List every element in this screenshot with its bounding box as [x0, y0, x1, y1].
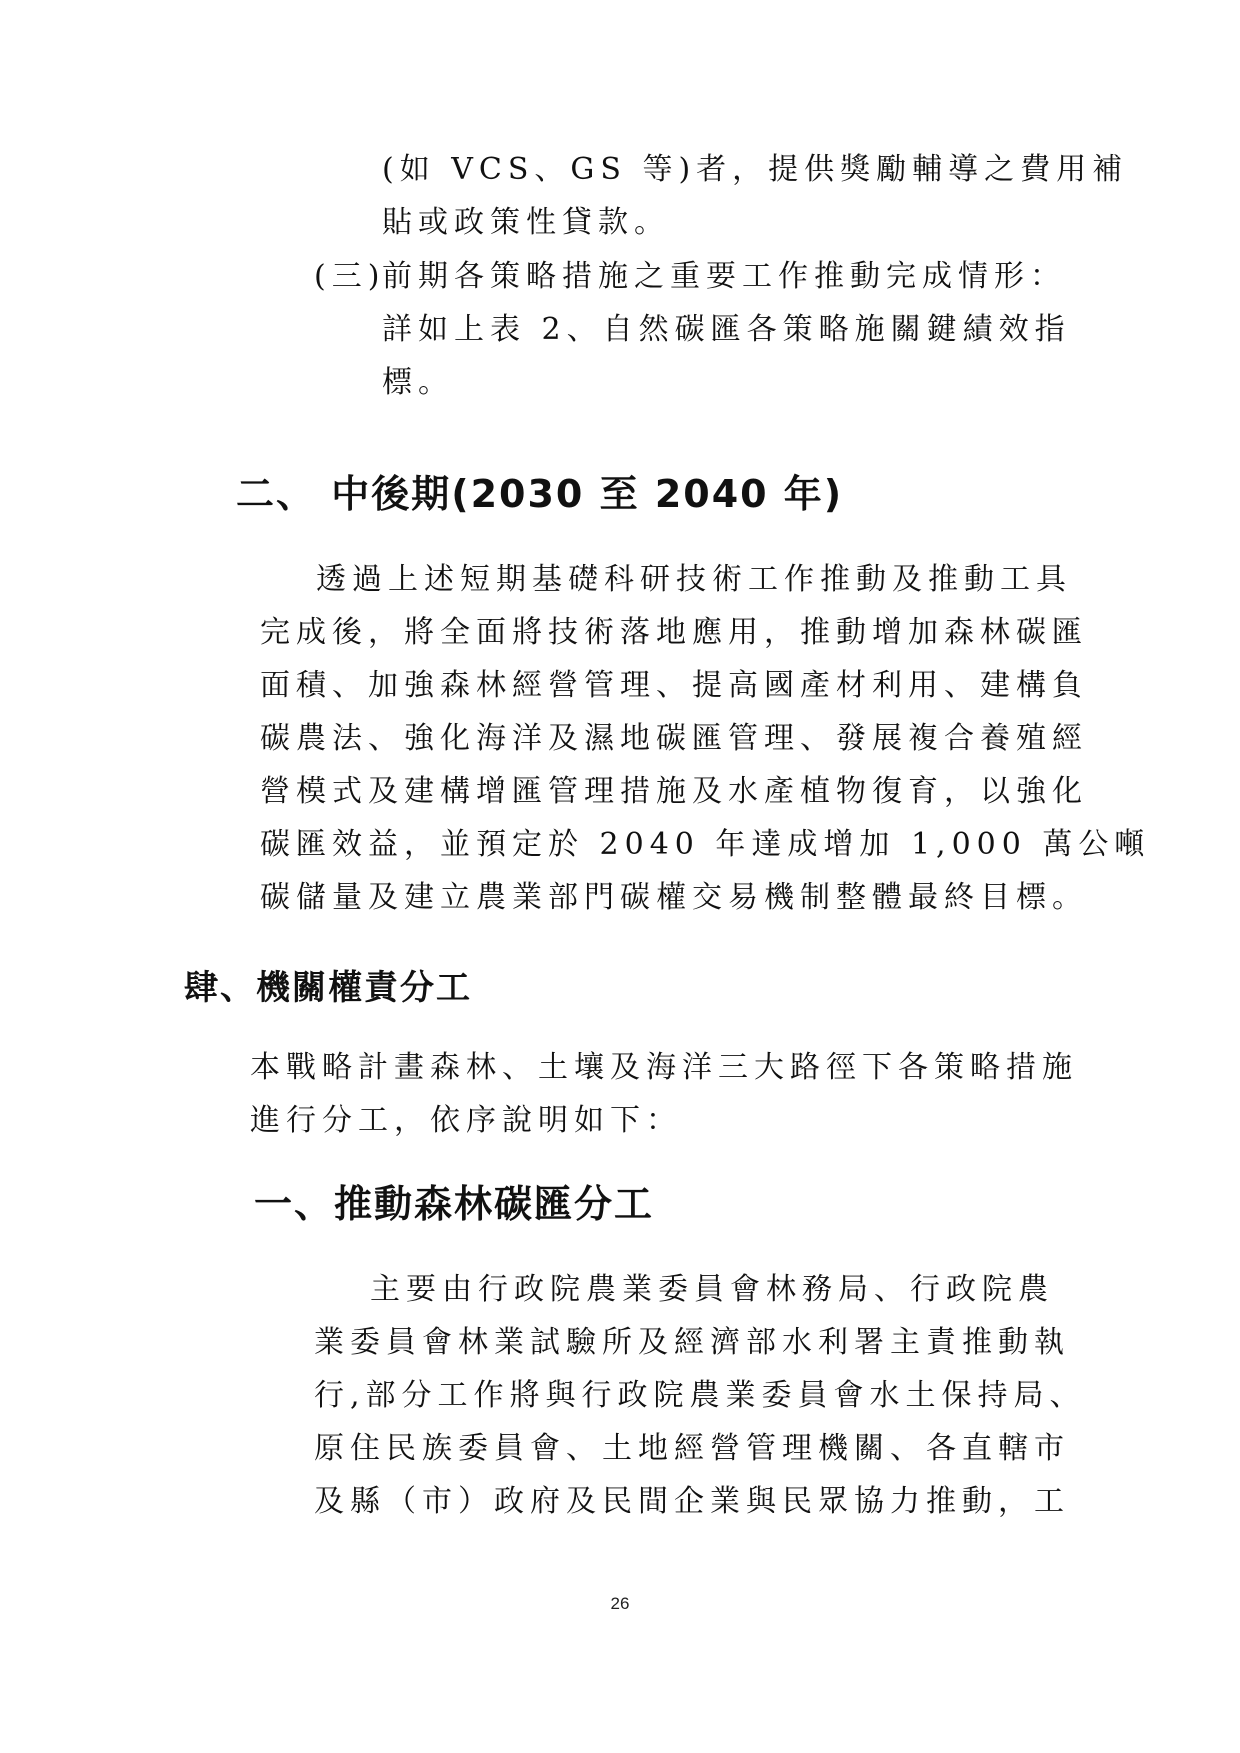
- text-line: 透過上述短期基礎科研技術工作推動及推動工具: [316, 560, 1072, 600]
- text-line: 及縣（市）政府及民間企業與民眾協力推動，工: [314, 1482, 1070, 1522]
- text-line: 原住民族委員會、土地經營管理機關、各直轄市: [314, 1429, 1070, 1469]
- page-number: 26: [0, 1594, 1240, 1614]
- text-line: 詳如上表 2、自然碳匯各策略施關鍵績效指: [382, 310, 1071, 350]
- text-line: 主要由行政院農業委員會林務局、行政院農: [370, 1270, 1054, 1310]
- text-line: 碳匯效益，並預定於 2040 年達成增加 1,000 萬公噸: [260, 825, 1150, 865]
- text-line: (如 VCS、GS 等)者，提供獎勵輔導之費用補: [382, 150, 1128, 190]
- text-line: 標。: [382, 363, 454, 403]
- section-heading-mid-late-period: 二、 中後期(2030 至 2040 年): [236, 470, 843, 518]
- chapter-heading-agency-responsibilities: 肆、機關權責分工: [184, 966, 472, 1010]
- text-line: 前期各策略措施之重要工作推動完成情形：: [382, 257, 1066, 297]
- text-line: 營模式及建構增匯管理措施及水產植物復育，以強化: [260, 772, 1088, 812]
- text-line: 面積、加強森林經營管理、提高國產材利用、建構負: [260, 666, 1088, 706]
- text-line: 行,部分工作將與行政院農業委員會水土保持局、: [314, 1376, 1086, 1416]
- text-line: 本戰略計畫森林、土壤及海洋三大路徑下各策略措施: [250, 1048, 1078, 1088]
- text-line: 貼或政策性貸款。: [382, 203, 670, 243]
- text-line: 碳儲量及建立農業部門碳權交易機制整體最終目標。: [260, 878, 1088, 918]
- text-line: 碳農法、強化海洋及濕地碳匯管理、發展複合養殖經: [260, 719, 1088, 759]
- subsection-heading-forest-carbon-sink: 一、推動森林碳匯分工: [254, 1180, 654, 1228]
- text-line: 業委員會林業試驗所及經濟部水利署主責推動執: [314, 1323, 1070, 1363]
- list-marker: (三): [314, 257, 385, 297]
- text-line: 進行分工，依序說明如下：: [250, 1101, 682, 1141]
- text-line: 完成後，將全面將技術落地應用，推動增加森林碳匯: [260, 613, 1088, 653]
